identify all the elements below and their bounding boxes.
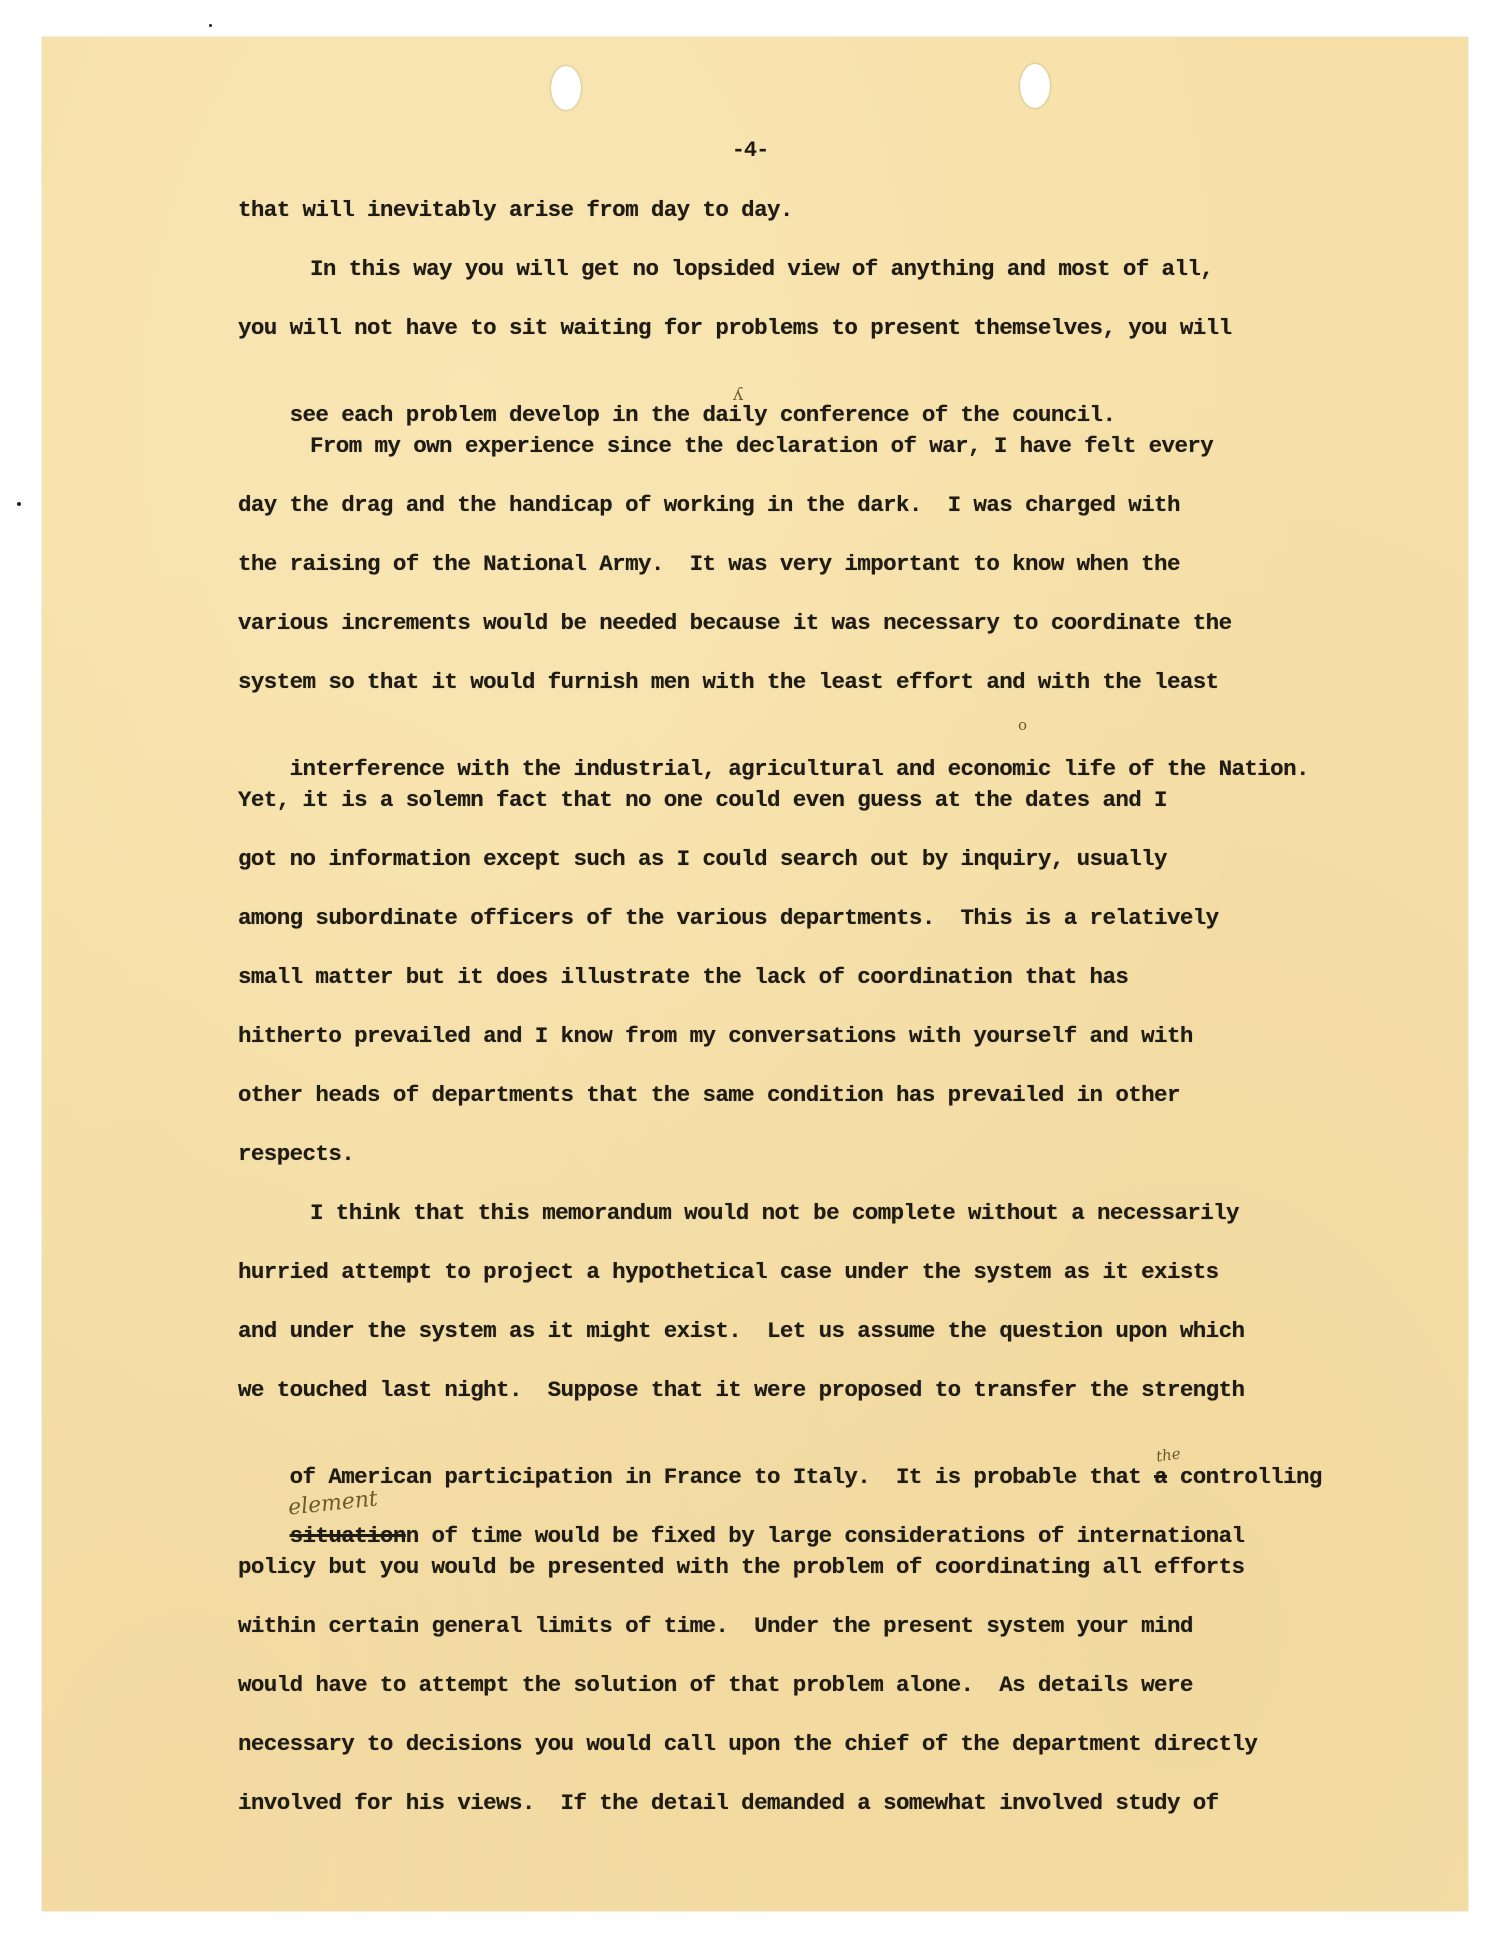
- text-line: and under the system as it might exist. …: [238, 1317, 1418, 1376]
- text-line: respects.: [238, 1140, 1418, 1199]
- text-line: necessary to decisions you would call up…: [238, 1730, 1418, 1789]
- struck-word: situation: [290, 1523, 406, 1549]
- text-line: we touched last night. Suppose that it w…: [238, 1376, 1418, 1435]
- text-line: would have to attempt the solution of th…: [238, 1671, 1418, 1730]
- scan-speck: [209, 24, 212, 27]
- text-line-with-correction: situationelementn of time would be fixed…: [238, 1494, 1418, 1553]
- text-segment: controlling: [1167, 1464, 1322, 1490]
- text-line: small matter but it does illustrate the …: [238, 963, 1418, 1022]
- text-line: interference with the industrial, agricu…: [238, 727, 1418, 786]
- punch-hole-right: [1020, 64, 1050, 108]
- punch-hole-left: [551, 66, 581, 110]
- text-line: Yet, it is a solemn fact that no one cou…: [238, 786, 1418, 845]
- text-line: the raising of the National Army. It was…: [238, 550, 1418, 609]
- text-line: hitherto prevailed and I know from my co…: [238, 1022, 1418, 1081]
- text-line: you will not have to sit waiting for pro…: [238, 314, 1418, 373]
- corrected-word: athe: [1154, 1463, 1167, 1491]
- text-line: various increments would be needed becau…: [238, 609, 1418, 668]
- text-line: In this way you will get no lopsided vie…: [238, 255, 1418, 314]
- text-line: system so that it would furnish men with…: [238, 668, 1418, 727]
- text-line: hurried attempt to project a hypothetica…: [238, 1258, 1418, 1317]
- insert-o-mark: o: [1018, 711, 1026, 739]
- handwritten-annotation: the: [1154, 1439, 1182, 1470]
- text-segment: of American participation in France to I…: [290, 1464, 1154, 1490]
- text-segment: n of time would be fixed by large consid…: [406, 1523, 1245, 1549]
- text-line-content: see each problem develop in the daily co…: [290, 402, 1116, 428]
- text-line: among subordinate officers of the variou…: [238, 904, 1418, 963]
- text-line-content: interference with the industrial, agricu…: [290, 756, 1309, 782]
- text-line: From my own experience since the declara…: [238, 432, 1418, 491]
- text-line: within certain general limits of time. U…: [238, 1612, 1418, 1671]
- text-line: other heads of departments that the same…: [238, 1081, 1418, 1140]
- text-line: that will inevitably arise from day to d…: [238, 196, 1418, 255]
- text-line: day the drag and the handicap of working…: [238, 491, 1418, 550]
- insert-caret-mark: ʎ: [733, 381, 743, 409]
- text-line-with-correction: of American participation in France to I…: [238, 1435, 1418, 1494]
- text-line: involved for his views. If the detail de…: [238, 1789, 1418, 1848]
- text-line: I think that this memorandum would not b…: [238, 1199, 1418, 1258]
- text-line: got no information except such as I coul…: [238, 845, 1418, 904]
- scan-speck: [17, 502, 21, 506]
- text-line: see each problem develop in the daily co…: [238, 373, 1418, 432]
- corrected-word: situationelement: [290, 1522, 406, 1550]
- page-number: -4-: [0, 138, 1500, 163]
- text-line: policy but you would be presented with t…: [238, 1553, 1418, 1612]
- document-body: that will inevitably arise from day to d…: [238, 196, 1418, 1848]
